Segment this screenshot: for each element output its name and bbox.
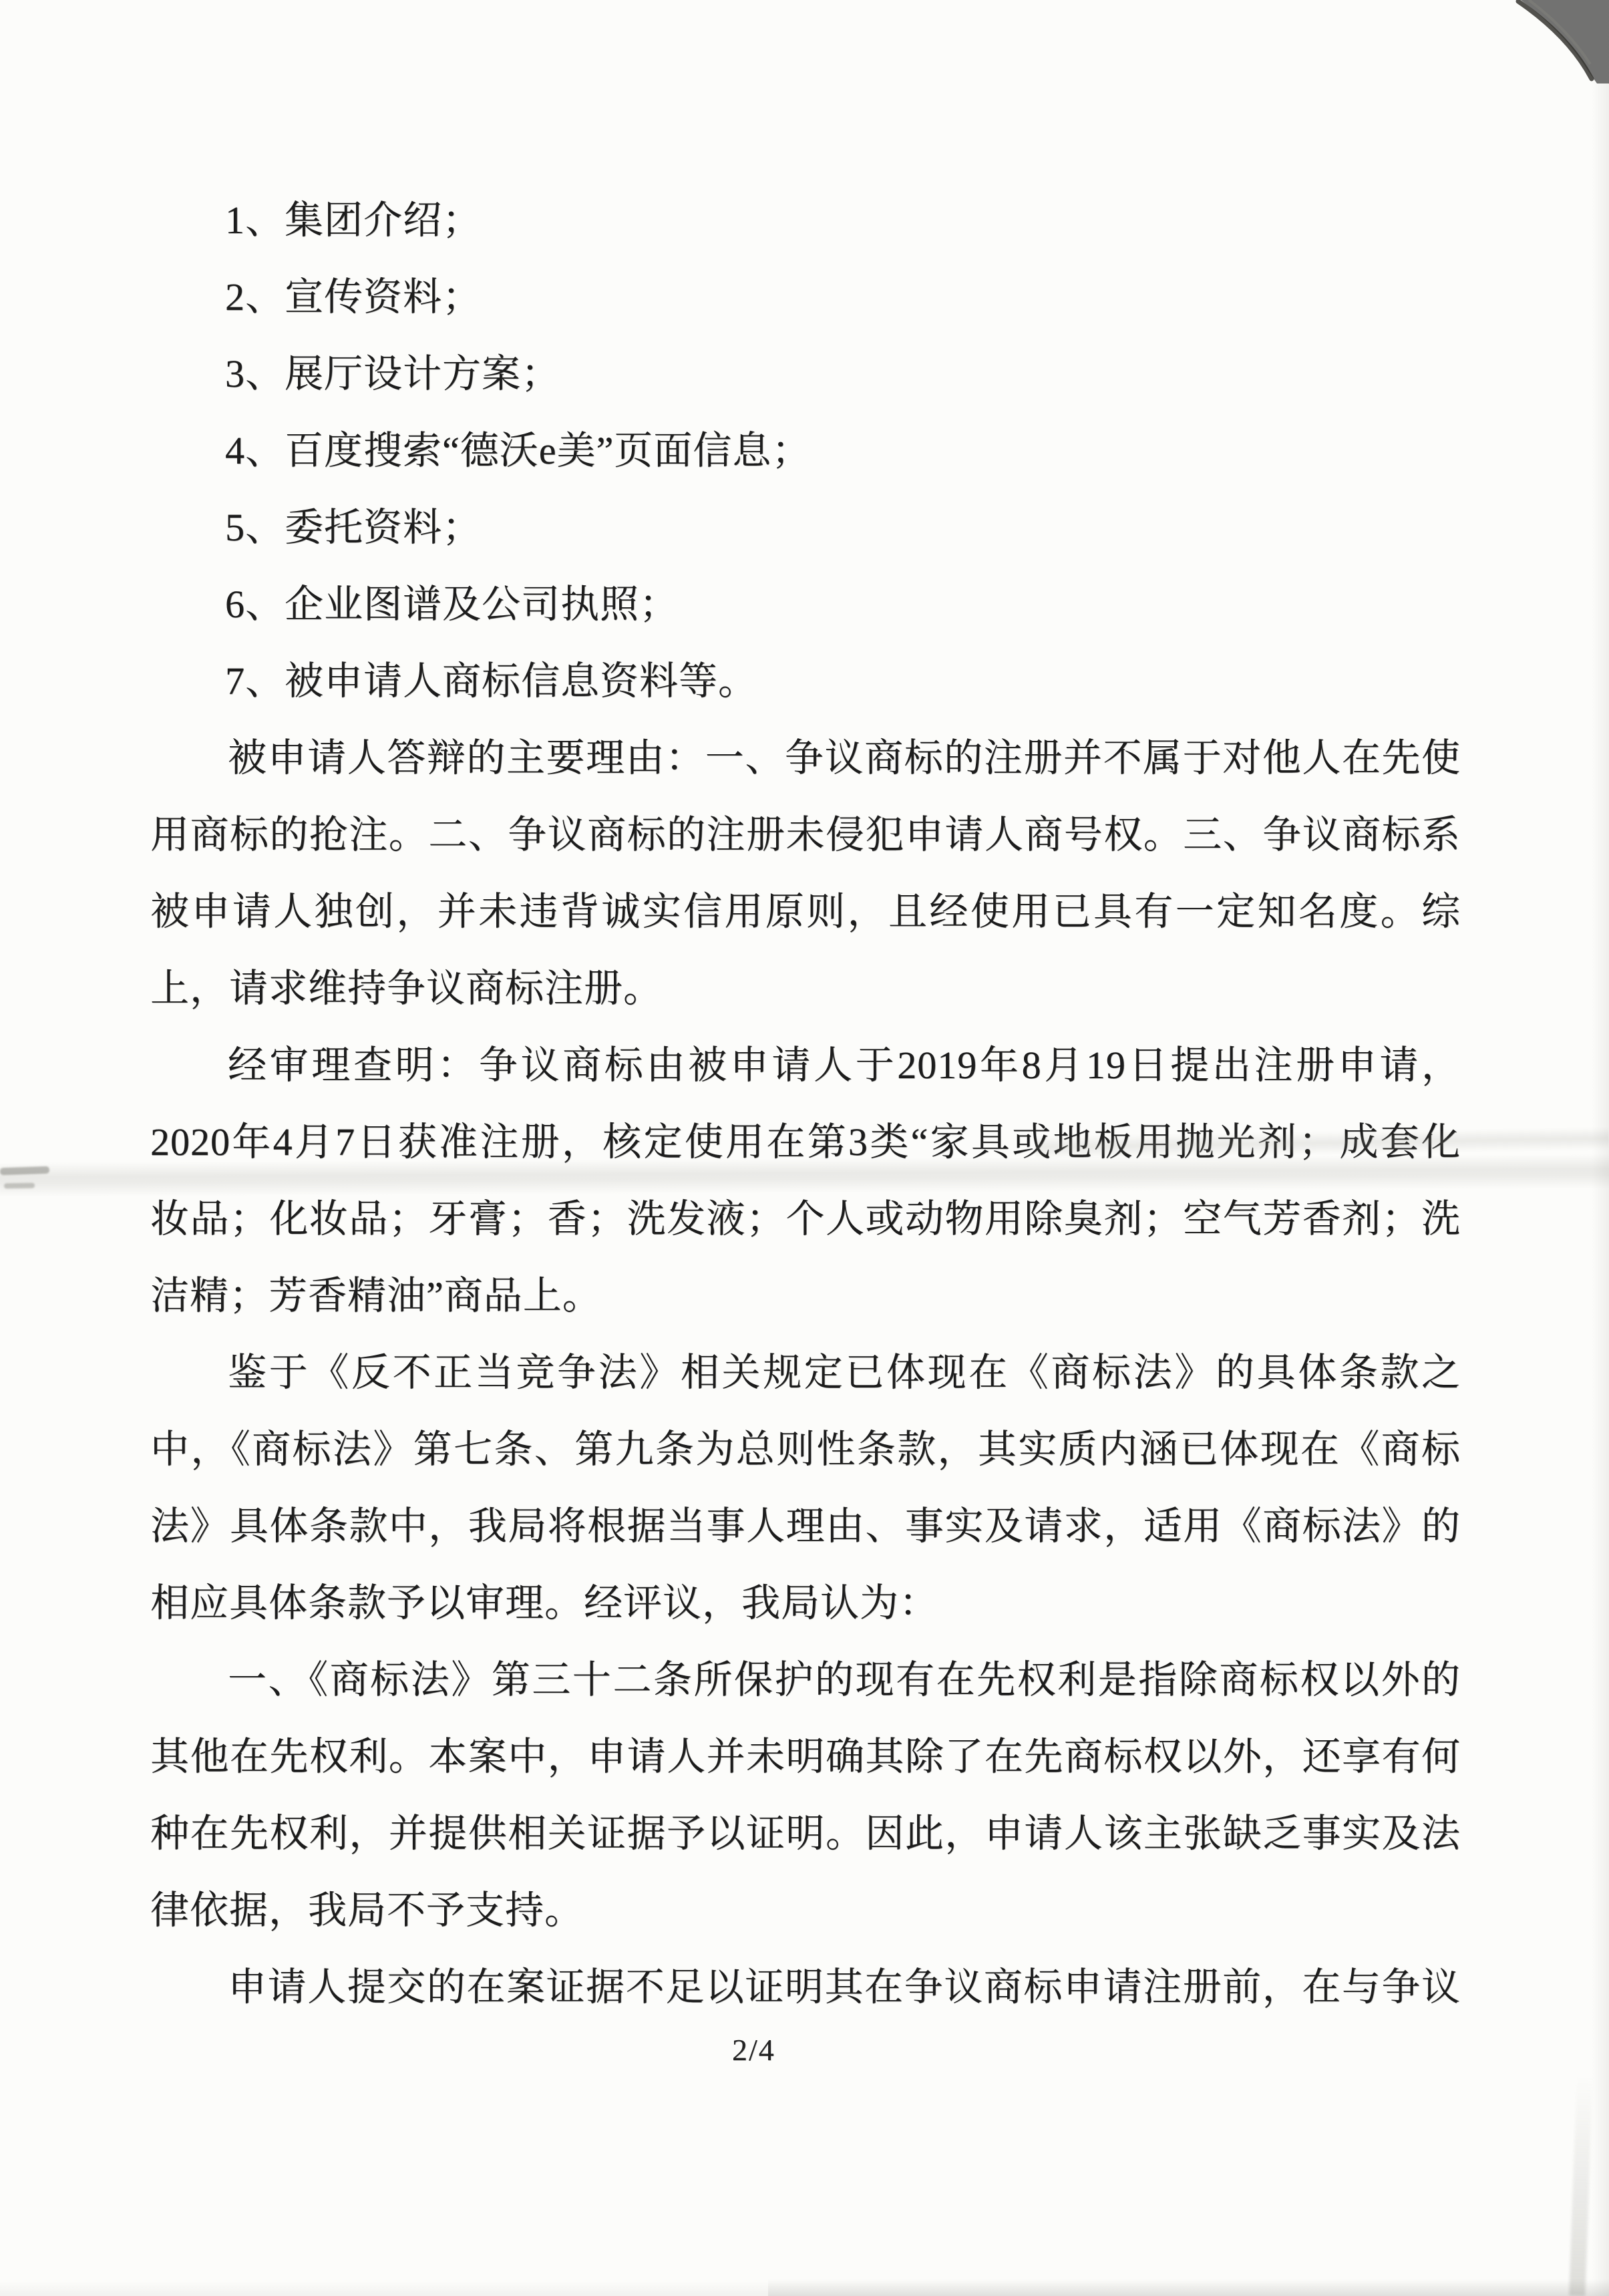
scanned-document-page: 1、集团介绍；2、宣传资料；3、展厅设计方案；4、百度搜索“德沃e美”页面信息；… [0,0,1609,2296]
text-line: 相应具体条款予以审理。经评议，我局认为： [150,1565,1461,1641]
text-line: 洁精；芳香精油”商品上。 [150,1257,1461,1334]
text-line: 中，《商标法》第七条、第九条为总则性条款，其实质内涵已体现在《商标 [150,1411,1461,1488]
scan-crease-edge-mark [4,1183,35,1189]
text-line: 1、集团介绍； [150,182,1461,259]
text-line: 律依据，我局不予支持。 [150,1872,1461,1949]
text-line: 被申请人独创，并未违背诚实信用原则，且经使用已具有一定知名度。综 [150,873,1461,950]
page-corner-fold-artifact [1509,0,1609,84]
page-number: 2/4 [732,2032,775,2068]
text-line: 被申请人答辩的主要理由：一、争议商标的注册并不属于对他人在先使 [150,719,1461,796]
text-line: 鉴于《反不正当竞争法》相关规定已体现在《商标法》的具体条款之 [150,1334,1461,1411]
text-line: 3、展厅设计方案； [150,335,1461,412]
scan-streak-artifact [1569,2076,1593,2296]
scan-crease-edge-mark [0,1166,49,1176]
text-line: 申请人提交的在案证据不足以证明其在争议商标申请注册前，在与争议 [150,1949,1461,2025]
text-line: 妆品；化妆品；牙膏；香；洗发液；个人或动物用除臭剂；空气芳香剂；洗 [150,1180,1461,1257]
text-line: 6、企业图谱及公司执照； [150,566,1461,643]
text-line: 经审理查明：争议商标由被申请人于2019年8月19日提出注册申请， [150,1027,1461,1104]
text-line: 其他在先权利。本案中，申请人并未明确其除了在先商标权以外，还享有何 [150,1718,1461,1795]
text-line: 5、委托资料； [150,489,1461,566]
text-line: 7、被申请人商标信息资料等。 [150,643,1461,719]
text-line: 法》具体条款中，我局将根据当事人理由、事实及请求，适用《商标法》的 [150,1488,1461,1565]
text-line: 4、百度搜索“德沃e美”页面信息； [150,412,1461,489]
text-line: 一、《商标法》第三十二条所保护的现有在先权利是指除商标权以外的 [150,1641,1461,1718]
text-line: 2、宣传资料； [150,259,1461,335]
text-line: 种在先权利，并提供相关证据予以证明。因此，申请人该主张缺乏事实及法 [150,1795,1461,1872]
text-line: 上，请求维持争议商标注册。 [150,950,1461,1027]
document-body: 1、集团介绍；2、宣传资料；3、展厅设计方案；4、百度搜索“德沃e美”页面信息；… [150,182,1461,2025]
text-line: 用商标的抢注。二、争议商标的注册未侵犯申请人商号权。三、争议商标系 [150,796,1461,873]
text-line: 2020年4月7日获准注册，核定使用在第3类“家具或地板用抛光剂；成套化 [150,1104,1461,1180]
scan-bottom-shadow-artifact [768,2279,1609,2296]
